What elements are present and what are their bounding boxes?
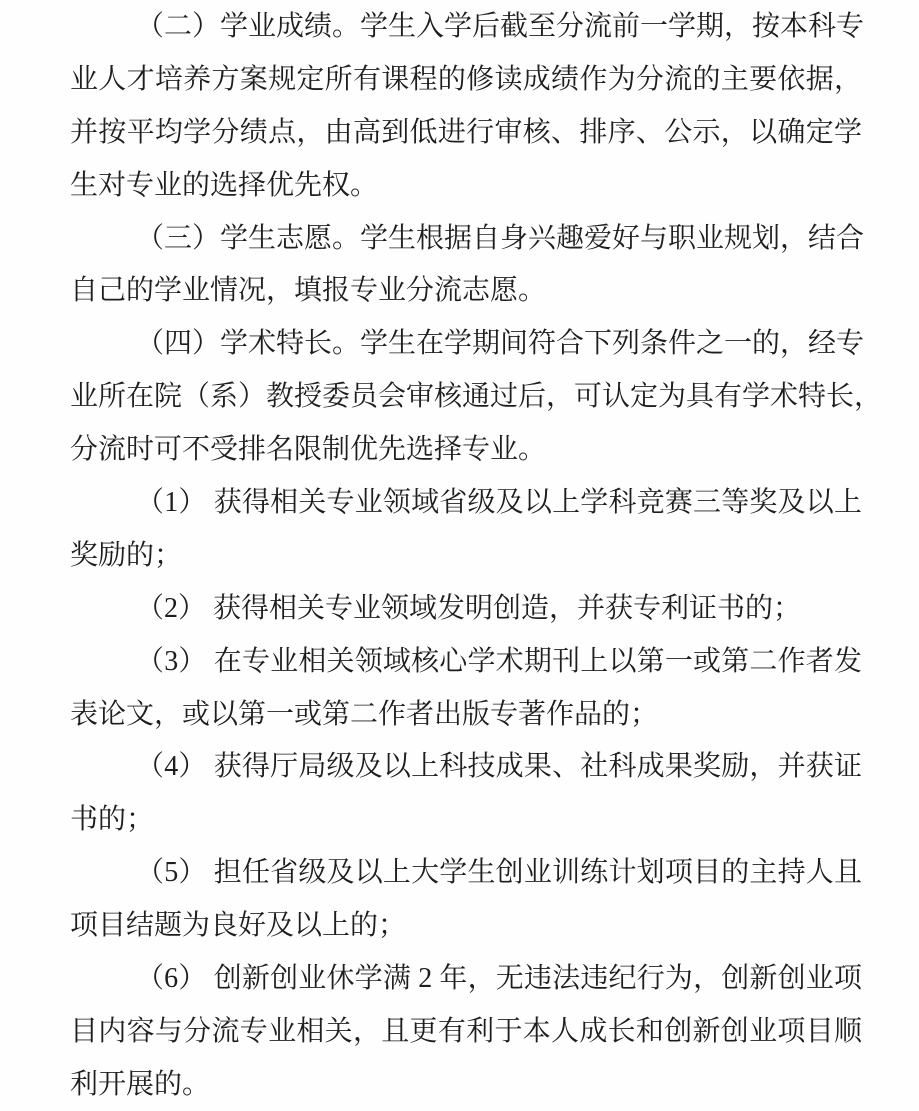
paragraph: （2） 获得相关专业领域发明创造，并获专利证书的； <box>70 583 862 636</box>
paragraph: （3） 在专业相关领域核心学术期刊上以第一或第二作者发表论文，或以第一或第二作者… <box>70 636 862 742</box>
text-line: （二）学业成绩。学生入学后截至分流前一学期，按本科专 <box>70 1 862 54</box>
text-line: 分流时可不受排名限制优先选择专业。 <box>70 424 862 477</box>
text-line: 表论文，或以第一或第二作者出版专著作品的； <box>70 689 862 742</box>
text-line: （6） 创新创业休学满 2 年，无违法违纪行为，创新创业项 <box>70 953 862 1006</box>
text-line: 自己的学业情况，填报专业分流志愿。 <box>70 265 862 318</box>
text-line: 生对专业的选择优先权。 <box>70 160 862 213</box>
document-page: （二）学业成绩。学生入学后截至分流前一学期，按本科专业人才培养方案规定所有课程的… <box>0 0 919 1111</box>
text-line: 业所在院（系）教授委员会审核通过后，可认定为具有学术特长， <box>70 371 862 424</box>
paragraph: （6） 创新创业休学满 2 年，无违法违纪行为，创新创业项目内容与分流专业相关，… <box>70 953 862 1111</box>
paragraph: （5） 担任省级及以上大学生创业训练计划项目的主持人且项目结题为良好及以上的； <box>70 847 862 953</box>
paragraph: （二）学业成绩。学生入学后截至分流前一学期，按本科专业人才培养方案规定所有课程的… <box>70 1 862 213</box>
text-line: 项目结题为良好及以上的； <box>70 900 862 953</box>
text-line: 并按平均学分绩点，由高到低进行审核、排序、公示，以确定学 <box>70 107 862 160</box>
text-line: （5） 担任省级及以上大学生创业训练计划项目的主持人且 <box>70 847 862 900</box>
text-line: （3） 在专业相关领域核心学术期刊上以第一或第二作者发 <box>70 636 862 689</box>
paragraph: （三）学生志愿。学生根据自身兴趣爱好与职业规划，结合自己的学业情况，填报专业分流… <box>70 213 862 319</box>
text-line: （1） 获得相关专业领域省级及以上学科竞赛三等奖及以上 <box>70 477 862 530</box>
paragraph: （1） 获得相关专业领域省级及以上学科竞赛三等奖及以上奖励的； <box>70 477 862 583</box>
text-line: （四）学术特长。学生在学期间符合下列条件之一的，经专 <box>70 318 862 371</box>
text-line: 业人才培养方案规定所有课程的修读成绩作为分流的主要依据， <box>70 54 862 107</box>
paragraph: （4） 获得厅局级及以上科技成果、社科成果奖励，并获证书的； <box>70 741 862 847</box>
text-line: （2） 获得相关专业领域发明创造，并获专利证书的； <box>70 583 862 636</box>
text-line: 利开展的。 <box>70 1059 862 1111</box>
text-line: 书的； <box>70 794 862 847</box>
text-line: （三）学生志愿。学生根据自身兴趣爱好与职业规划，结合 <box>70 213 862 266</box>
paragraph: （四）学术特长。学生在学期间符合下列条件之一的，经专业所在院（系）教授委员会审核… <box>70 318 862 477</box>
text-line: （4） 获得厅局级及以上科技成果、社科成果奖励，并获证 <box>70 741 862 794</box>
text-line: 目内容与分流专业相关，且更有利于本人成长和创新创业项目顺 <box>70 1006 862 1059</box>
text-line: 奖励的； <box>70 530 862 583</box>
